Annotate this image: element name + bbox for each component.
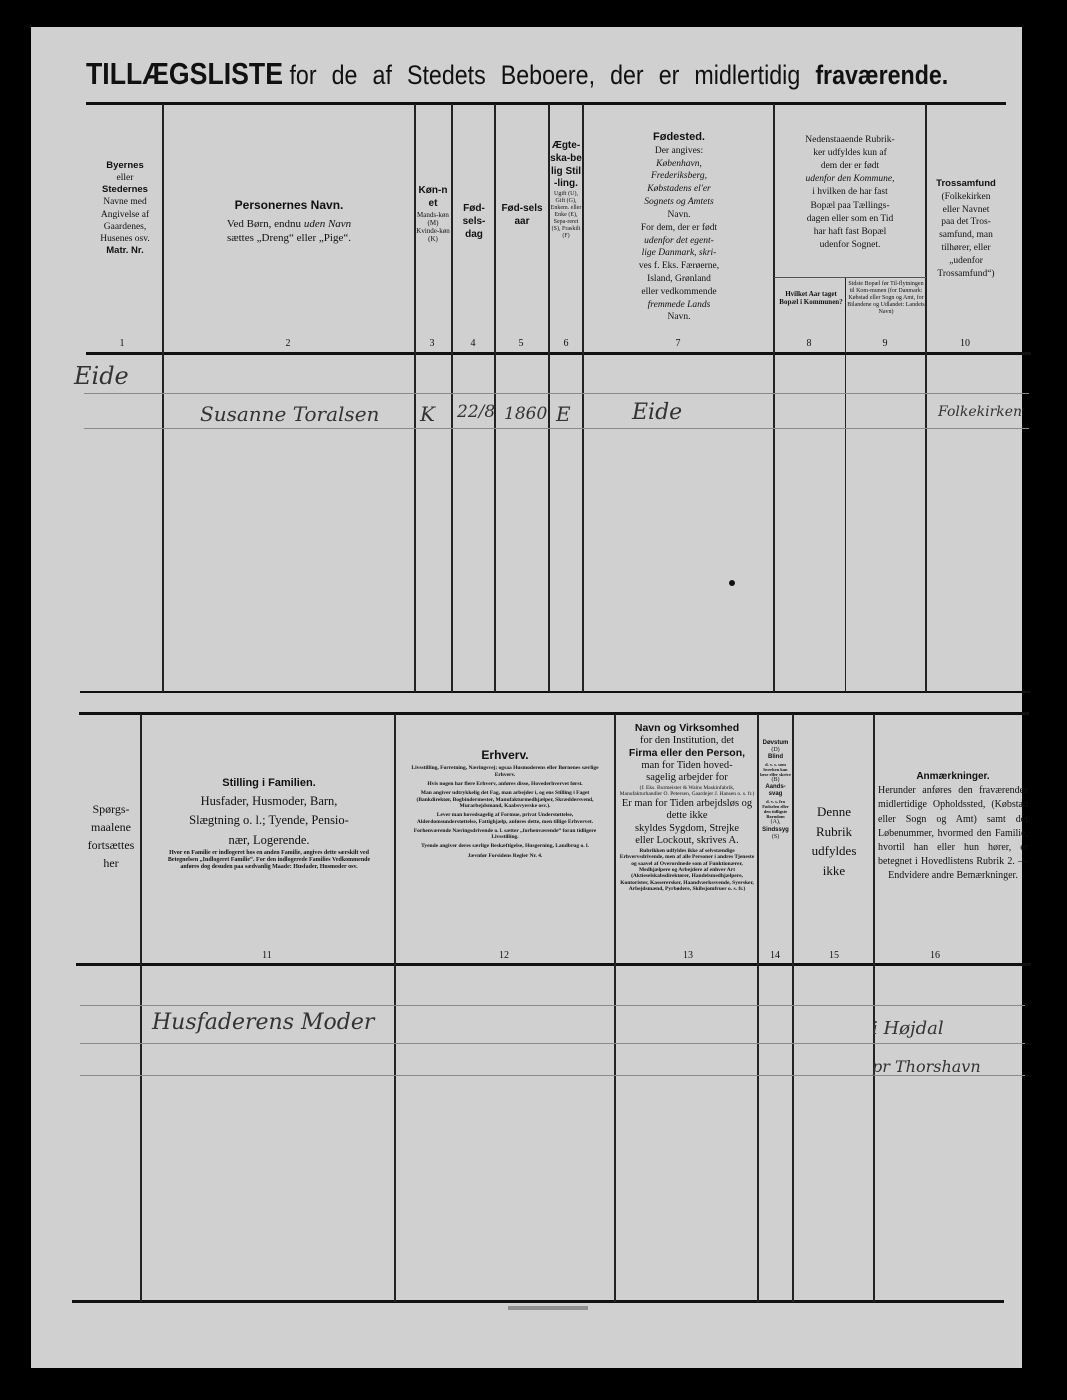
form-title: TILLÆGSLISTE for de af Stedets Beboere, … [86,56,886,100]
col-divider [451,104,453,692]
header-col-13: Navn og Virksomhed for den Institution, … [618,722,756,892]
header-col-1: Byernes eller Stedernes Navne med Angive… [88,160,162,257]
column-number: 7 [668,338,688,349]
entry-remarks-line2: pr Thorshavn [872,1057,981,1076]
col-divider [494,104,496,692]
column-number: 15 [824,950,844,961]
col-divider [873,714,875,1302]
col-divider [394,714,396,1302]
col-divider [162,104,164,692]
column-number: 9 [875,338,895,349]
column-number: 3 [422,338,442,349]
title-word: er [659,60,680,90]
header-col-14: Døvstum (D) Blind d. v. s. som hverken k… [759,740,792,841]
column-number: 8 [799,338,819,349]
title-word: for [289,60,316,90]
printer-imprint [508,1306,588,1310]
title-word: der [610,60,644,90]
header-col-11: Stilling i Familien. Husfader, Husmoder,… [146,775,392,871]
ruled-line [84,428,1029,429]
header-col-8: Hvilket Aar taget Bopæl i Kommunen? [778,290,844,306]
entry-religion: Folkekirken [938,404,1022,420]
lower-top-rule [79,712,1029,715]
entry-place: Eide [74,362,129,390]
upper-bottom-rule [80,691,1030,693]
entry-birthplace: Eide [632,400,682,425]
page-bottom-rule [72,1300,1004,1303]
page-right-edge [1025,1000,1028,1030]
title-word: af [373,60,392,90]
entry-sex: K [420,402,435,426]
title-word: Stedets [407,60,486,90]
title-bold: TILLÆGSLISTE [86,56,283,91]
ruled-line [80,1043,1025,1044]
entry-name: Susanne Toralsen [200,402,379,426]
title-word: Beboere, [501,60,595,90]
lower-header-rule [76,963,1031,966]
column-number: 14 [765,950,785,961]
header-col-12: Erhverv. Livsstilling, Forretning, Nærin… [410,748,600,859]
title-bold-word: midlertidig [694,60,800,90]
header-col-6: Ægte-ska-belig Stil-ling. Ugift (U), Gif… [550,140,582,239]
column-number: 16 [925,950,945,961]
ruled-line [80,1005,1025,1006]
column-number: 2 [278,338,298,349]
title-bold-word: fraværende. [815,60,948,90]
header-col-4: Fød-sels-dag [454,203,494,241]
header-col-3: Køn-net Mands-køn (M) Kvinde-køn (K) [416,185,450,243]
title-rule [86,102,1006,105]
entry-marital-status: E [556,402,571,426]
col-divider [792,714,794,1302]
ruled-line [84,393,1029,394]
entry-family-position: Husfaderens Moder [152,1010,374,1035]
entry-remarks-line1: i Højdal [872,1018,944,1039]
col-divider [582,104,584,692]
col-divider [845,277,846,692]
column-number: 12 [494,950,514,961]
column-number: 6 [556,338,576,349]
title-word: de [332,60,358,90]
col-divider [925,104,927,692]
subheader-rule [774,277,926,278]
column-number: 11 [257,950,277,961]
column-number: 4 [463,338,483,349]
column-number: 1 [112,338,132,349]
entry-birth-day: 22/8 [457,402,495,422]
header-col-2: Personernes Navn. Ved Børn, endnu uden N… [165,198,413,246]
header-col-10: Trossamfund (Folkekirken eller Navnet pa… [928,178,1004,281]
header-group-8-9: Nedenstaaende Rubrik- ker udfyldes kun a… [776,134,924,252]
header-bottom-rule [86,352,1031,355]
entry-birth-year: 1860 [504,404,547,424]
column-number: 5 [511,338,531,349]
column-number: 10 [955,338,975,349]
header-col-5: Fød-sels aar [497,203,547,229]
column-number: 13 [678,950,698,961]
header-col-15: Denne Rubrik udfyldes ikke [795,802,873,880]
col-divider [614,714,616,1302]
col-divider [773,104,775,692]
header-continued-note: Spørgs- maalene fortsættes her [82,800,140,872]
header-col-9: Sidste Bopæl før Til-flytningen til Kom-… [847,281,925,315]
header-col-7: Fødested. Der angives: København, Freder… [585,130,773,324]
header-col-16: Anmærkninger. Herunder anføres den fravæ… [878,770,1028,884]
col-divider [140,714,142,1302]
ink-speck [729,580,735,586]
